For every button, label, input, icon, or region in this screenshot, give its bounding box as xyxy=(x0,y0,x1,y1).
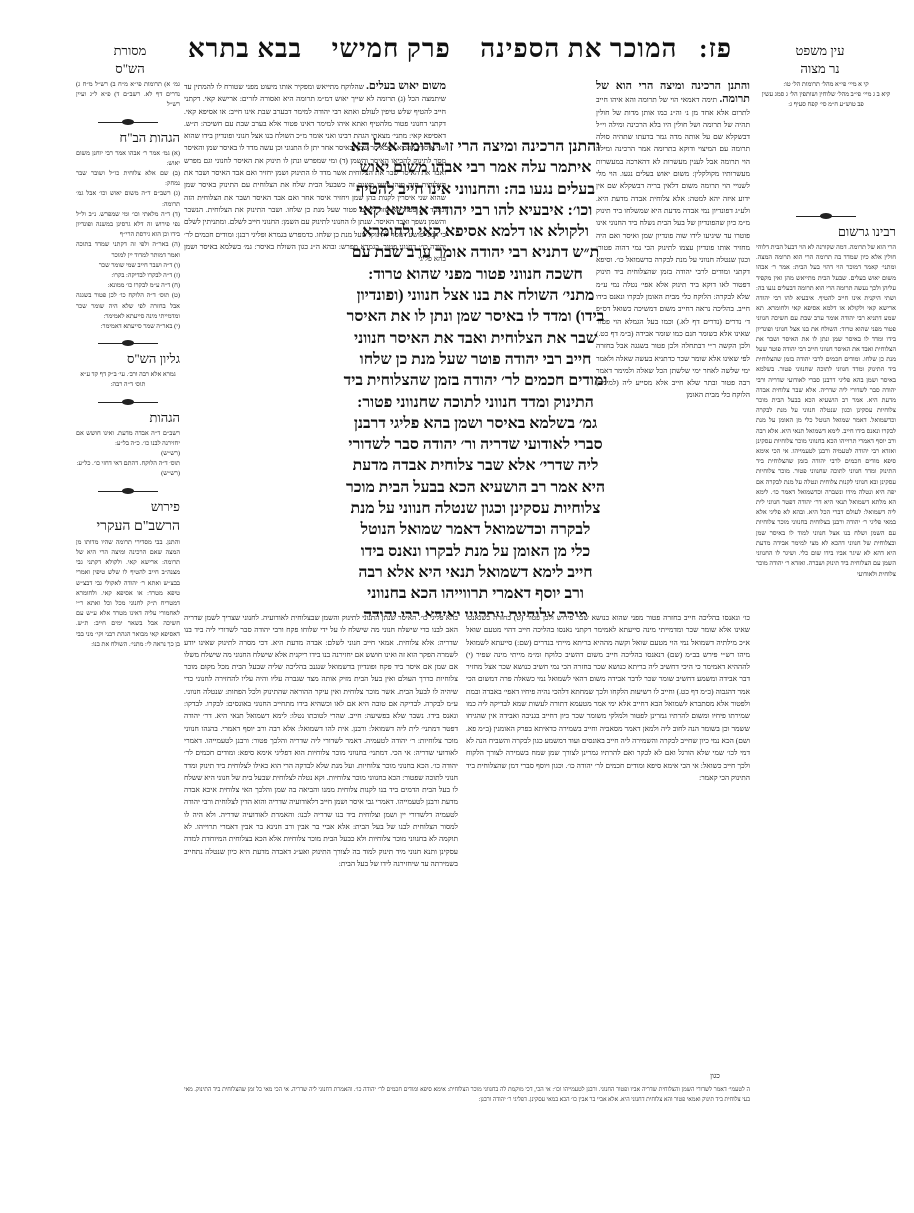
hagahot-habach-entry: (י) באר״ה שמר סייעתא דאמימר: xyxy=(76,322,180,332)
hagahot-entry: תוס׳ ד״ה הלוקח. דהתם דאי דחזי כו׳. כל״ע: xyxy=(76,459,180,469)
perek-number: פרק חמישי xyxy=(332,34,451,63)
rashbam-bottom-wide xyxy=(184,982,750,1072)
divider-ornament xyxy=(98,119,158,125)
gemara-line: ורב יוסף דאמרי תרווייהו הכא בחנווני xyxy=(338,583,613,604)
gemara-line: ומודים חכמים לר׳ יהודה בזמן שהצלוחית ביד xyxy=(338,370,613,391)
gemara-line: שבר את הצלוחית ואבד את האיסר חנווני xyxy=(338,328,613,349)
ner-mitzvah-title: נר מצוה xyxy=(755,60,885,78)
mesoret-title: מסורת xyxy=(80,42,180,60)
gemara-line: לבקרה וכדשמואל דאמר שמואל הנוטל xyxy=(338,519,613,540)
footer-note: ה לטעמי׳ דאמר לשדורי השמן והצלוחית שדריה… xyxy=(184,1086,750,1110)
gemara-line: וכו׳: איבעיא להו רבי יהודה ארישא קאי xyxy=(338,200,613,221)
hagahot-habach-entry: (ד) ד״ה מלאתי וכו׳ ומי שמפרש. נ״ב ול״ל נ… xyxy=(76,210,180,241)
mesoret-header: מסורת הש"ס xyxy=(80,42,180,78)
hagahot-entry: (רש״ש) xyxy=(76,449,180,459)
gemara-line: ת״ש דתניא רבי יהודה אומר ערב שבת עם xyxy=(338,242,613,263)
gemara-line: והתנן הרכינה ומיצה הרי זו תרומה א״ל הא xyxy=(338,136,613,157)
gemara-line: בידו) ומדד לו באיסר שמן ונתן לו את האיסר xyxy=(338,306,613,327)
tosafot-lower-text: כו׳ ונאנסו בהליכה חייב בחזרה פטור מפני ש… xyxy=(466,613,750,782)
ein-mishpat-header: עין משפט נר מצוה xyxy=(755,42,885,78)
divider-ornament xyxy=(98,340,158,346)
hagahot-habach-entry: (ח) ד״ה ע״מ לבקרו כו׳ ממונא: xyxy=(76,281,180,291)
hagahot-habach-entry: (א) גמ׳ אמר ר׳ אבהו אמר רבי יוחנן משום י… xyxy=(76,149,180,169)
hagahot-habach-entry: (ט) תוס׳ ד״ה הלוקח כו׳ לכן פטור בשגגה אב… xyxy=(76,291,180,322)
ein-mishpat-title: עין משפט xyxy=(755,42,885,60)
hagahot-habach-entry: (ה) באר״ה ולפי זה דקתני שמדד בתוכה ואמר … xyxy=(76,240,180,260)
page-header: עין משפט נר מצוה פז: המוכר את הספינה פרק… xyxy=(0,0,914,62)
gemara-line: כלי מן האומן על מנת לבקרו ונאנס בידו xyxy=(338,541,613,562)
gemara-line: ולקולא או דלמא אסיפא קאי ולחומרא xyxy=(338,221,613,242)
hagahot-habach-title: הגהות הב"ח xyxy=(76,129,180,147)
gemara-line: צלוחיות עסקינן וכגון שנטלה חנווני על מנת xyxy=(338,498,613,519)
footer-note-text: ה לטעמי׳ דאמר לשדורי השמן והצלוחית שדריה… xyxy=(184,1087,750,1103)
rabbeinu-gershom-text: הרי הוא של תרומה. דמה שקורנה לא הוי דבעל… xyxy=(756,243,896,580)
divider-ornament xyxy=(796,213,856,219)
hagahot-entry: (רש״ש) xyxy=(76,469,180,479)
daf-number: פז: xyxy=(699,34,732,63)
ein-mishpat-entry: קי א מיי׳ פי״א מהל׳ תרומות הל׳ טו: xyxy=(758,80,894,90)
ein-mishpat-entry: קיא ב ג מיי׳ פי״ב מהל׳ שלוחין ושותפין הל… xyxy=(758,90,894,110)
divider-ornament xyxy=(98,399,158,405)
gemara-line: מתני׳ השולח את בנו אצל חנווני (ופונדיון xyxy=(338,285,613,306)
gilyon-hashas-text: גמרא אלא רבה ורב׳. עי׳ ב״ק דף קד ע״א תוס… xyxy=(76,370,180,390)
gemara-line: חשכה חנווני פטור מפני שהוא טרוד: xyxy=(338,264,613,285)
gemara-line: היא אמר רב הושעיא הכא בבעל הבית מוכר xyxy=(338,477,613,498)
gemara-line: ליה שדרי׳ אלא שבר צלוחית אבדה מדעת xyxy=(338,455,613,476)
tosafot-lower-column: כו׳ ונאנסו בהליכה חייב בחזרה פטור מפני ש… xyxy=(466,612,750,982)
divider-ornament xyxy=(98,488,158,494)
perush-title-2: הרשב"ם העקרי xyxy=(76,518,180,536)
rabbeinu-gershom-column: רבינו גרשום הרי הוא של תרומה. דמה שקורנה… xyxy=(756,205,896,1175)
gemara-line: איתמר עלה אמר רבי אבהו משום יאוש xyxy=(338,157,613,178)
rashbam-opening: משום יאוש בעלים. xyxy=(366,80,446,92)
gemara-line: חייב רבי יהודה פוטר שעל מנת כן שלחו xyxy=(338,349,613,370)
gemara-line: התינוק ומדד חנווני לתוכה שחנווני פטור: xyxy=(338,392,613,413)
perek-name: המוכר את הספינה xyxy=(480,34,677,63)
hashas-title: הש"ס xyxy=(80,60,180,78)
hagahot-title: הגהות xyxy=(76,409,180,427)
rashbam-lower-column: בהא פליגי כו׳. האיסר שנתן התנוני לתינוק … xyxy=(184,612,458,982)
rashbam-lower-text: בהא פליגי כו׳. האיסר שנתן התנוני לתינוק … xyxy=(184,613,458,868)
gilyon-hashas-title: גליון הש"ס xyxy=(76,350,180,368)
tosafot-column: והתנן הרכינה ומיצה הרי הוא של תרומה. תימ… xyxy=(596,80,750,610)
hagahot-habach-entry: (ו) ד״ה ושבר חייב שמי שומר שכר xyxy=(76,261,180,271)
gemara-line: גמ׳ בשלמא באיסר ושמן בהא פליגי דרבנן xyxy=(338,413,613,434)
page-title: פז: המוכר את הספינה פרק חמישי בבא בתרא xyxy=(180,34,740,64)
hagahot-entry: רשב״ם ד״ה אבדה מדעת. ואינו חושש אם יחזיר… xyxy=(76,429,180,449)
rashbam-final-word: כגון xyxy=(690,1070,740,1084)
gemara-line: בעלים נגעו בה: והחנווני אינו חייב להטיף xyxy=(338,179,613,200)
rabbeinu-gershom-title: רבינו גרשום xyxy=(756,223,896,241)
hagahot-habach-entry: (ג) רשב״ם ד״ה משום יאוש וכו׳ אבל גמ׳ תרו… xyxy=(76,189,180,209)
mesoret-hashas-entries: גמ׳ א) תרומות פי״א מ״ח ב) רש״ל מ״ח ג) נד… xyxy=(76,80,180,111)
left-margin-column: גמ׳ א) תרומות פי״א מ״ח ב) רש״ל מ״ח ג) נד… xyxy=(76,80,180,1110)
tosafot-top-wide xyxy=(458,80,594,128)
hagahot-habach-entry: (ז) ד״ה לבקרו לבדיקה: בקרו: xyxy=(76,271,180,281)
perush-rashbam-text: והתנן. בבי מסדירי תרומה שהיו מדותו מן המ… xyxy=(76,538,180,650)
tosafot-text: תימה דאמאי הוי של תרומה והא איהו חייב לת… xyxy=(596,95,750,399)
masechet-name: בבא בתרא xyxy=(188,34,302,63)
hagahot-habach-entry: (ב) שם אלא צלוחית כו״ל ושובר שבר נמחק: xyxy=(76,169,180,189)
gemara-line: חייב לימא דשמואל תנאי היא אלא רבה xyxy=(338,562,613,583)
gemara-text-block: והתנן הרכינה ומיצה הרי זו תרומה א״ל הא א… xyxy=(338,136,613,616)
gemara-line: סברי לאודועי שדריה ור׳ יהודה סבר לשדורי xyxy=(338,434,613,455)
perush-title-1: פירוש xyxy=(76,498,180,516)
